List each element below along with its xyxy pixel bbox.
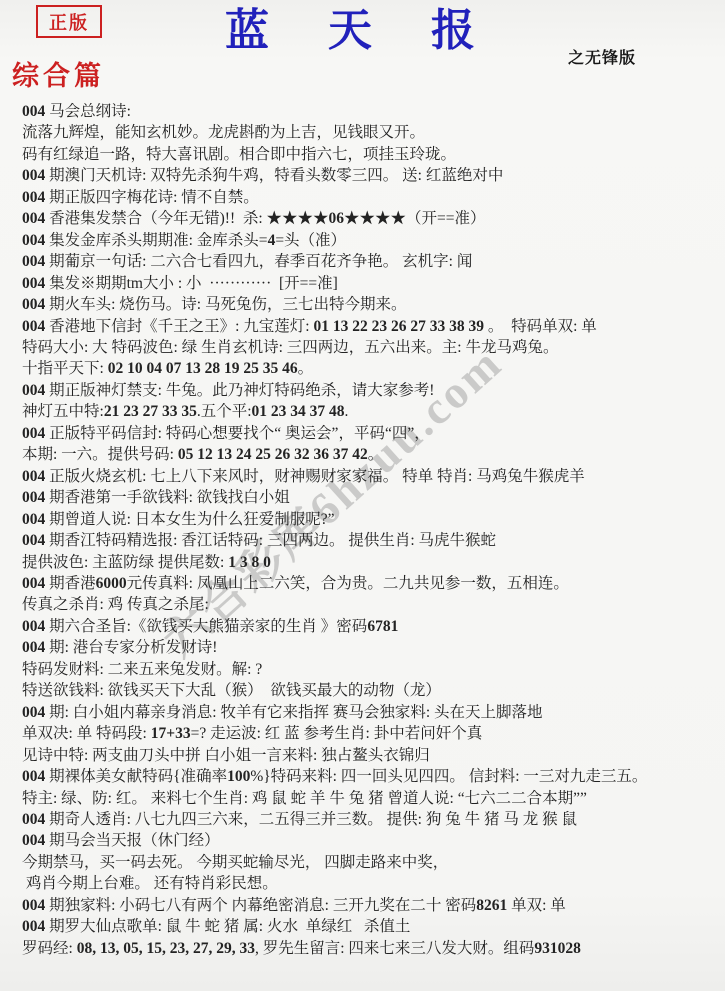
- text-line: 传真之杀肖: 鸡 传真之杀尾:: [22, 594, 723, 615]
- text-line: 004 期曾道人说: 日本女生为什么狂爱制服呢?”: [22, 509, 723, 530]
- text-line: 码有红绿追一路，特大喜讯剧。相合即中指六七，项挂玉玲珑。: [22, 144, 723, 165]
- text-line: 004 集发金库杀头期期准: 金库杀头=4=头（准）: [22, 230, 723, 251]
- text-line: 提供波色: 主蓝防绿 提供尾数: 1 3 8 0: [22, 552, 723, 573]
- text-line: 004 期葡京一句话: 二六合七看四九，春季百花齐争艳。 玄机字: 闻: [22, 251, 723, 272]
- text-line: 004 期马会当天报（休门经）: [22, 830, 723, 851]
- text-line: 特码发财料: 二来五来兔发财。解: ?: [22, 659, 723, 680]
- text-line: 特码大小: 大 特码波色: 绿 生肖玄机诗: 三四两边，五六出来。主: 牛龙马鸡…: [22, 337, 723, 358]
- text-line: 004 期六合圣旨:《欲钱买大熊猫亲家的生肖 》密码6781: [22, 616, 723, 637]
- text-line: 流落九辉煌，能知玄机妙。龙虎斟酌为上吉，见钱眼又开。: [22, 122, 723, 143]
- text-line: 本期: 一六。提供号码: 05 12 13 24 25 26 32 36 37 …: [22, 444, 723, 465]
- text-line: 004 正版火烧玄机: 七上八下来风时，财神赐财家家福。 特单 特肖: 马鸡兔牛…: [22, 466, 723, 487]
- text-line: 004 期香港6000元传真料: 凤凰山上二六笑，合为贵。二九共见参一数，五相连…: [22, 573, 723, 594]
- text-line: 004 期正版神灯禁支: 牛兔。此乃神灯特码绝杀，请大家参考!: [22, 380, 723, 401]
- text-line: 004 期澳门天机诗: 双特先杀狗牛鸡，特看头数零三四。 送: 红蓝绝对中: [22, 165, 723, 186]
- text-line: 十指平天下: 02 10 04 07 13 28 19 25 35 46。: [22, 358, 723, 379]
- text-line: 004 期奇人透肖: 八七九四三六来，二五得三并三数。 提供: 狗 兔 牛 猪 …: [22, 809, 723, 830]
- text-line: 004 期香江特码精选报: 香江话特码: 三四两边。 提供生肖: 马虎牛猴蛇: [22, 530, 723, 551]
- text-line: 004 期火车头: 烧伤马。诗: 马死兔伤，三七出特今期来。: [22, 294, 723, 315]
- text-line: 004 香港集发禁合（今年无错)!! 杀: ★★★★06★★★★（开==准）: [22, 208, 723, 229]
- body-lines: 004 马会总纲诗:流落九辉煌，能知玄机妙。龙虎斟酌为上吉，见钱眼又开。码有红绿…: [22, 101, 723, 959]
- text-line: 今期禁马，买一码去死。 今期买蛇输尽光， 四脚走路来中奖，: [22, 852, 723, 873]
- edition-label: 之无锋版: [568, 45, 636, 68]
- text-line: 004 期裸体美女献特码{准确率100%}特码来料: 四一回头见四四。 信封料:…: [22, 766, 723, 787]
- text-line: 单双决: 单 特码段: 17+33=? 走运波: 红 蓝 参考生肖: 卦中若问奸…: [22, 723, 723, 744]
- text-line: 神灯五中特:21 23 27 33 35.五个平:01 23 34 37 48.: [22, 401, 723, 422]
- text-line: 见诗中特: 两支曲刀头中拼 白小姐一言来料: 独占鳌头衣锦归: [22, 745, 723, 766]
- newspaper-page: 正版 蓝 天 报 之无锋版 综合篇 六合彩库6hzuu.com 004 马会总纲…: [0, 0, 725, 991]
- text-line: 004 马会总纲诗:: [22, 101, 723, 122]
- text-line: 004 期: 白小姐内幕亲身消息: 牧羊有它来指挥 赛马会独家料: 头在天上脚落…: [22, 702, 723, 723]
- text-line: 004 正版特平码信封: 特码心想要找个“ 奥运会”，平码“四”，: [22, 423, 723, 444]
- text-line: 004 期: 港台专家分析发财诗!: [22, 637, 723, 658]
- text-line: 004 期独家料: 小码七八有两个 内幕绝密消息: 三开九奖在二十 密码8261…: [22, 895, 723, 916]
- section-title: 综合篇: [12, 54, 105, 93]
- text-line: 004 集发※期期tm大小 : 小 ············ [开==准]: [22, 273, 723, 294]
- text-line: 004 期罗大仙点歌单: 鼠 牛 蛇 猪 属: 火水 单绿红 杀值土: [22, 916, 723, 937]
- text-line: 004 香港地下信封《千王之王》: 九宝莲灯: 01 13 22 23 26 2…: [22, 316, 723, 337]
- text-line: 特主: 绿、防: 红。 来料七个生肖: 鸡 鼠 蛇 羊 牛 兔 猪 曾道人说: …: [22, 788, 723, 809]
- text-line: 004 期正版四字梅花诗: 情不自禁。: [22, 187, 723, 208]
- text-line: 004 期香港第一手欲钱料: 欲钱找白小姐: [22, 487, 723, 508]
- text-line: 罗码经: 08, 13, 05, 15, 23, 27, 29, 33, 罗先生…: [22, 938, 723, 959]
- text-line: 鸡肖今期上台难。 还有特肖彩民想。: [22, 873, 723, 894]
- text-line: 特送欲钱料: 欲钱买天下大乱（猴） 欲钱买最大的动物（龙）: [22, 680, 723, 701]
